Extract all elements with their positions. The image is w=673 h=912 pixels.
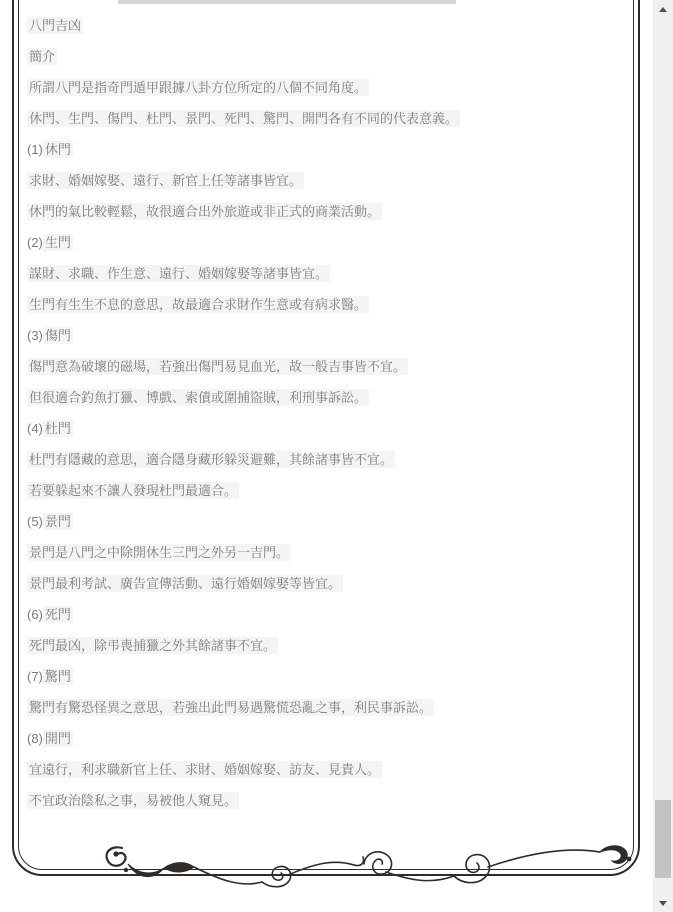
paragraph-line: 宜遠行，利求職新官上任、求財、婚姻嫁娶、訪友、見貴人。 — [27, 761, 627, 779]
paragraph-line: 八門吉凶 — [27, 17, 627, 35]
paragraph-line: (1)休門 — [27, 141, 627, 159]
paragraph-text: 杜門 — [43, 420, 73, 437]
paragraph-line: (3)傷門 — [27, 327, 627, 345]
paragraph-number: (1) — [27, 141, 43, 158]
paragraph-text: 簡介 — [27, 48, 57, 65]
paragraph-line: (4)杜門 — [27, 420, 627, 438]
flourish-ornament-icon — [88, 834, 638, 896]
paragraph-text: 傷門 — [43, 327, 73, 344]
paragraph-text: 驚門有驚恐怪異之意思，若強出此門易遇驚慌恐亂之事，利民事訴訟。 — [27, 699, 434, 716]
scroll-up-button[interactable] — [653, 0, 673, 18]
paragraph-line: (5)景門 — [27, 513, 627, 531]
paragraph-number: (7) — [27, 668, 43, 685]
triangle-down-icon — [659, 901, 667, 906]
paragraph-text: 休門的氣比較輕鬆，故很適合出外旅遊或非正式的商業活動。 — [27, 203, 382, 220]
paragraph-text: 景門是八門之中除開休生三門之外另一吉門。 — [27, 544, 291, 561]
paragraph-text: 生門 — [43, 234, 73, 251]
paragraph-text: 景門 — [43, 513, 73, 530]
paragraph-line: (7)驚門 — [27, 668, 627, 686]
paragraph-number: (3) — [27, 327, 43, 344]
paragraph-text: 景門最利考試、廣告宣傳活動、遠行婚姻嫁娶等皆宜。 — [27, 575, 343, 592]
paragraph-text: 但很適合釣魚打獵、博戲、索債或圍捕盜賊，利刑事訴訟。 — [27, 389, 369, 406]
paragraph-text: 死門最凶，除弔喪捕獵之外其餘諸事不宜。 — [27, 637, 278, 654]
paragraph-line: 驚門有驚恐怪異之意思，若強出此門易遇驚慌恐亂之事，利民事訴訟。 — [27, 699, 627, 717]
scrollbar-thumb[interactable] — [655, 800, 671, 878]
paragraph-line: 景門是八門之中除開休生三門之外另一吉門。 — [27, 544, 627, 562]
paragraph-line: 不宜政治陰私之事，易被他人窺見。 — [27, 792, 627, 810]
paragraph-text: 謀財、求職、作生意、遠行、婚姻嫁娶等諸事皆宜。 — [27, 265, 330, 282]
paragraph-line: 休門、生門、傷門、杜門、景門、死門、驚門、開門各有不同的代表意義。 — [27, 110, 627, 128]
paragraph-line: 休門的氣比較輕鬆，故很適合出外旅遊或非正式的商業活動。 — [27, 203, 627, 221]
paragraph-number: (8) — [27, 730, 43, 747]
paragraph-text: 若要躲起來不讓人發現杜門最適合。 — [27, 482, 239, 499]
paragraph-line: 景門最利考試、廣告宣傳活動、遠行婚姻嫁娶等皆宜。 — [27, 575, 627, 593]
paragraph-text: 驚門 — [43, 668, 73, 685]
paragraph-text: 八門吉凶 — [27, 17, 83, 34]
paragraph-number: (2) — [27, 234, 43, 251]
paragraph-number: (6) — [27, 606, 43, 623]
paragraph-text: 生門有生生不息的意思，故最適合求財作生意或有病求醫。 — [27, 296, 369, 313]
paragraph-line: 所謂八門是指奇門遁甲跟據八卦方位所定的八個不同角度。 — [27, 79, 627, 97]
paragraph-line: (8)開門 — [27, 730, 627, 748]
paragraph-text: 休門 — [43, 141, 73, 158]
paragraph-number: (4) — [27, 420, 43, 437]
scroll-down-button[interactable] — [653, 894, 673, 912]
paragraph-text: 求財、婚姻嫁娶、遠行、新官上任等諸事皆宜。 — [27, 172, 304, 189]
triangle-up-icon — [659, 7, 667, 12]
paragraph-number: (5) — [27, 513, 43, 530]
vertical-scrollbar[interactable] — [653, 0, 673, 912]
paragraph-text: 休門、生門、傷門、杜門、景門、死門、驚門、開門各有不同的代表意義。 — [27, 110, 460, 127]
paragraph-text: 開門 — [43, 730, 73, 747]
article-content: 八門吉凶簡介所謂八門是指奇門遁甲跟據八卦方位所定的八個不同角度。休門、生門、傷門… — [27, 0, 627, 823]
paragraph-line: 但很適合釣魚打獵、博戲、索債或圍捕盜賊，利刑事訴訟。 — [27, 389, 627, 407]
paragraph-line: 生門有生生不息的意思，故最適合求財作生意或有病求醫。 — [27, 296, 627, 314]
paragraph-text: 所謂八門是指奇門遁甲跟據八卦方位所定的八個不同角度。 — [27, 79, 369, 96]
paragraph-text: 死門 — [43, 606, 73, 623]
paragraph-line: (6)死門 — [27, 606, 627, 624]
paragraph-line: 杜門有隱藏的意思，適合隱身藏形躲災避難，其餘諸事皆不宜。 — [27, 451, 627, 469]
paragraph-line: 死門最凶，除弔喪捕獵之外其餘諸事不宜。 — [27, 637, 627, 655]
paragraph-line: 簡介 — [27, 48, 627, 66]
paragraph-line: 求財、婚姻嫁娶、遠行、新官上任等諸事皆宜。 — [27, 172, 627, 190]
paragraph-line: (2)生門 — [27, 234, 627, 252]
paragraph-text: 杜門有隱藏的意思，適合隱身藏形躲災避難，其餘諸事皆不宜。 — [27, 451, 395, 468]
paragraph-text: 不宜政治陰私之事，易被他人窺見。 — [27, 792, 239, 809]
paragraph-text: 宜遠行，利求職新官上任、求財、婚姻嫁娶、訪友、見貴人。 — [27, 761, 382, 778]
paragraph-line: 若要躲起來不讓人發現杜門最適合。 — [27, 482, 627, 500]
paragraph-line: 傷門意為破壞的磁場，若強出傷門易見血光，故一般吉事皆不宜。 — [27, 358, 627, 376]
paragraph-line: 謀財、求職、作生意、遠行、婚姻嫁娶等諸事皆宜。 — [27, 265, 627, 283]
paragraph-text: 傷門意為破壞的磁場，若強出傷門易見血光，故一般吉事皆不宜。 — [27, 358, 408, 375]
